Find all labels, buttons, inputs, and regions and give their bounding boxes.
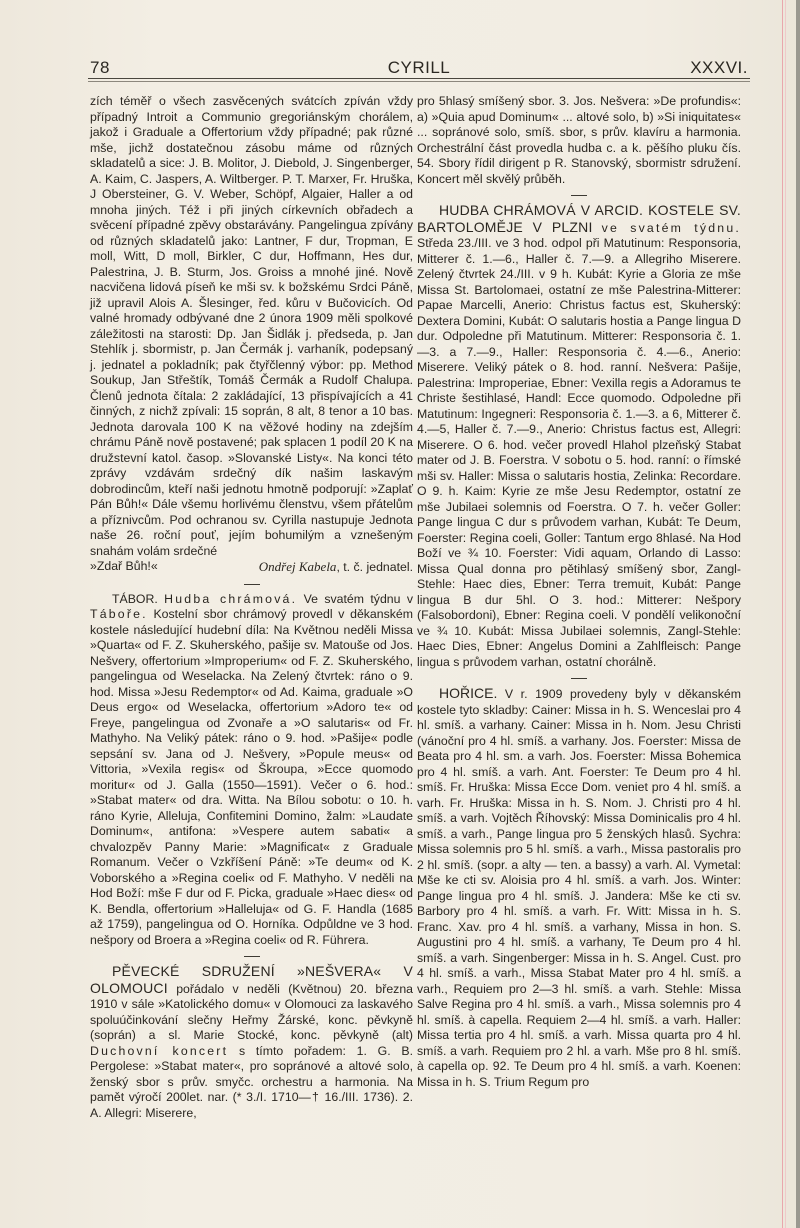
section-separator	[571, 678, 587, 679]
nesvera-continuation: pro 5hlasý smíšený sbor. 3. Jos. Nešvera…	[417, 94, 741, 187]
horice-place: HOŘICE.	[439, 685, 497, 701]
signature-line: »Zdař Bůh!« Ondřej Kabela, t. č. jednate…	[90, 559, 413, 576]
plzen-text: Středa 23./III. ve 3 hod. odpol při Matu…	[417, 236, 741, 669]
signature-name: Ondřej Kabela	[259, 559, 337, 574]
nesvera-report: PĚVECKÉ SDRUŽENÍ »NEŠVERA« V OLOMOUCI po…	[90, 964, 413, 1121]
tabor-place: TÁBOR.	[112, 592, 158, 606]
signature: Ondřej Kabela, t. č. jednatel.	[259, 559, 413, 576]
running-head: 78 CYRILL XXXVI.	[90, 58, 748, 80]
section-separator	[244, 584, 260, 585]
journal-title: CYRILL	[90, 58, 748, 78]
plzen-week: ve svatém týdnu.	[602, 221, 741, 235]
header-rule	[88, 78, 750, 79]
report-continuation: zích téměř o všech zasvěcených svátcích …	[90, 94, 413, 559]
tabor-text-b: Kostelní sbor chrámový provedl v děkansk…	[90, 607, 413, 947]
section-separator	[244, 956, 260, 957]
horice-text: V r. 1909 provedeny byly v děkanském kos…	[417, 687, 741, 1089]
page-edge-line	[782, 0, 783, 1228]
section-separator	[571, 195, 587, 196]
scan-edge-strip	[796, 0, 800, 1228]
scanned-page: 78 CYRILL XXXVI. zích téměř o všech zasv…	[0, 0, 800, 1228]
tabor-report: TÁBOR. Hudba chrámová. Ve svatém týdnu v…	[90, 592, 413, 949]
tabor-text-a: Ve svatém týdnu v	[304, 592, 413, 606]
closing-greeting: »Zdař Bůh!«	[90, 559, 158, 576]
nesvera-concert: Duchovní koncert	[90, 1044, 228, 1058]
plzen-report: HUDBA CHRÁMOVÁ V ARCID. KOSTELE SV. BART…	[417, 203, 741, 670]
right-column: pro 5hlasý smíšený sbor. 3. Jos. Nešvera…	[417, 94, 741, 1090]
left-column: zích téměř o všech zasvěcených svátcích …	[90, 94, 413, 1121]
tabor-town: Táboře.	[90, 607, 148, 621]
horice-report: HOŘICE. V r. 1909 provedeny byly v děkan…	[417, 686, 741, 1090]
tabor-heading: Hudba chrámová.	[164, 592, 297, 606]
volume-number: XXXVI.	[690, 58, 748, 78]
signature-role: , t. č. jednatel.	[336, 560, 413, 574]
page-edge-line-secondary	[785, 0, 786, 1228]
